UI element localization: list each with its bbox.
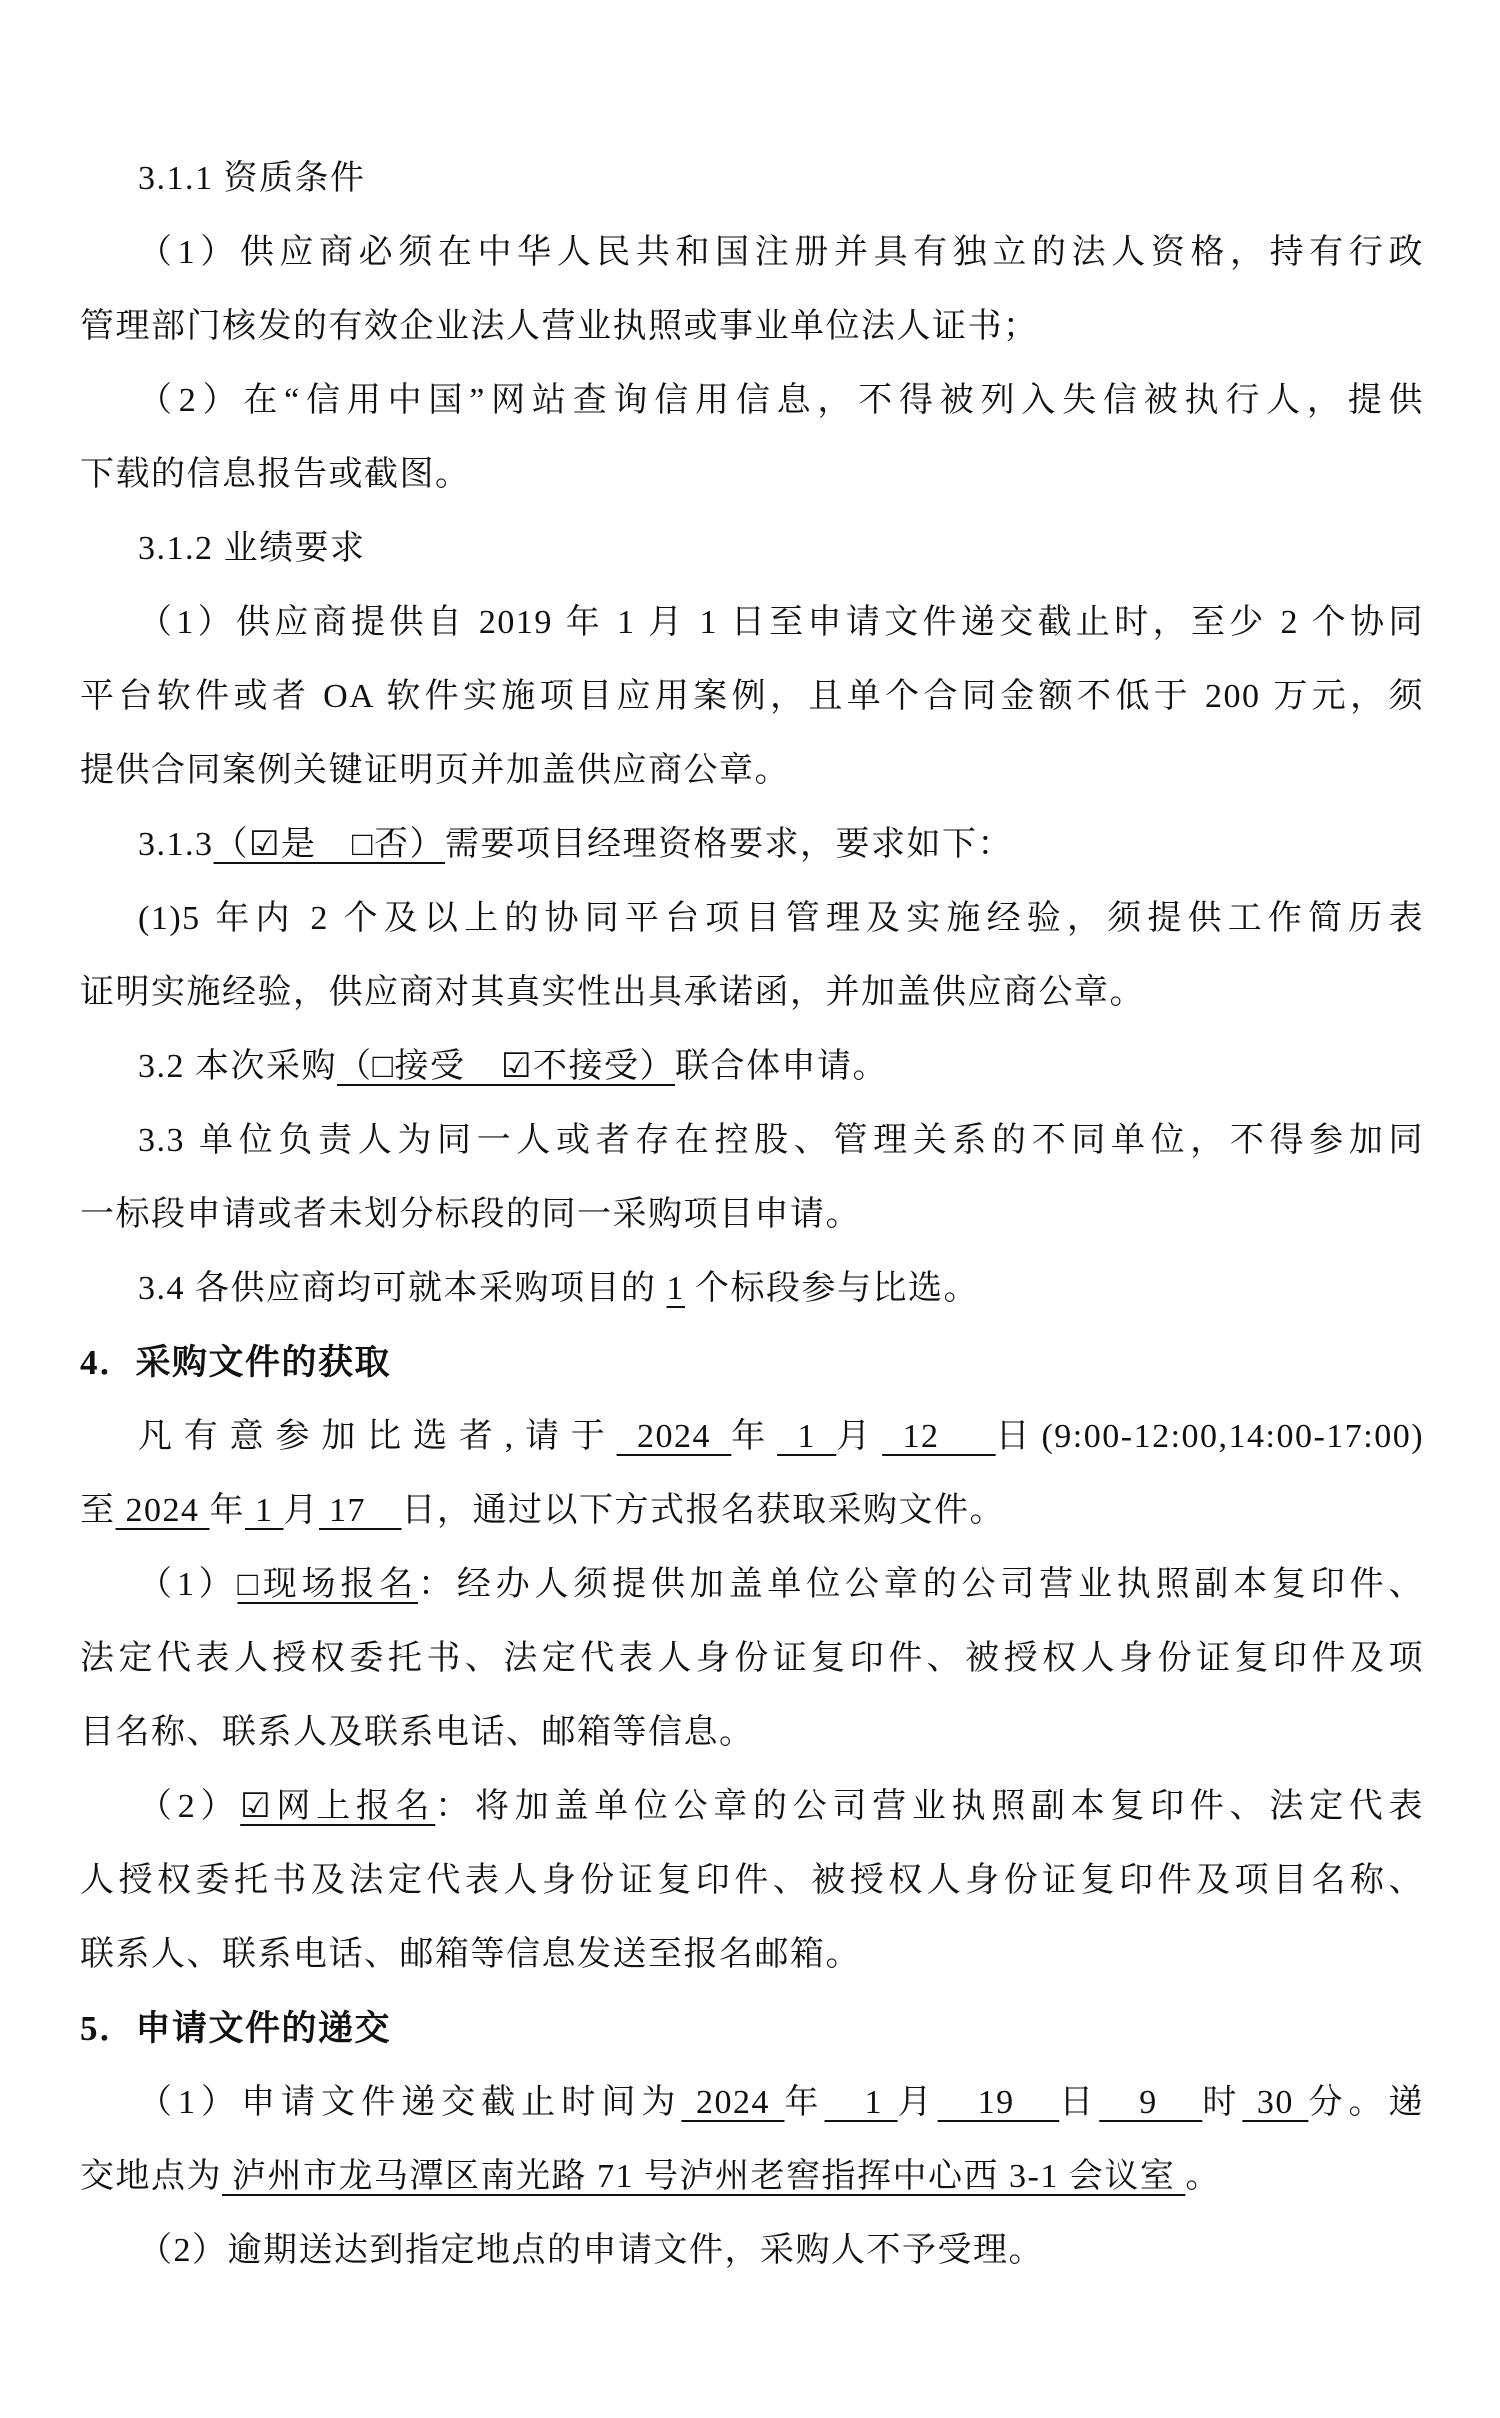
blank-month-run: 1 bbox=[825, 2084, 898, 2121]
document-body: 3.1.1 资质条件 （1）供应商必须在中华人民共和国注册并具有独立的法人资格，… bbox=[80, 142, 1424, 2288]
text-run: 联系人、联系电话、邮箱等信息发送至报名邮箱。 bbox=[80, 1936, 861, 1973]
text-run: 年 bbox=[731, 1418, 777, 1455]
text-run: 3.2 本次采购 bbox=[138, 1048, 337, 1085]
blank-day-run: 17 bbox=[319, 1492, 402, 1529]
checkbox-accept-run: （□接受 ☑不接受） bbox=[337, 1048, 675, 1085]
text-run: 证明实施经验，供应商对其真实性出具承诺函，并加盖供应商公章。 bbox=[80, 974, 1145, 1011]
line-3-3-same-person-1: 3.3 单位负责人为同一人或者存在控股、管理关系的不同单位，不得参加同 bbox=[80, 1104, 1424, 1178]
text-run: 3.4 各供应商均可就本采购项目的 bbox=[138, 1270, 667, 1307]
blank-day-run: 12 bbox=[882, 1418, 996, 1455]
text-run: 法定代表人授权委托书、法定代表人身份证复印件、被授权人身份证复印件及项 bbox=[80, 1640, 1424, 1677]
line-onsite-registration-2: 法定代表人授权委托书、法定代表人身份证复印件、被授权人身份证复印件及项 bbox=[80, 1622, 1424, 1696]
text-run: ：经办人须提供加盖单位公章的公司营业执照副本复印件、 bbox=[418, 1566, 1424, 1603]
text-run: 年 bbox=[785, 2084, 825, 2121]
text-run: 凡有意参加比选者,请于 bbox=[138, 1418, 617, 1455]
text-run: 平台软件或者 OA 软件实施项目应用案例，且单个合同金额不低于 200 万元，须 bbox=[80, 678, 1424, 715]
heading-3-1-2: 3.1.2 业绩要求 bbox=[80, 512, 1424, 586]
line-credit-china-2: 下载的信息报告或截图。 bbox=[80, 438, 1424, 512]
text-run: 分。递 bbox=[1308, 2084, 1424, 2121]
text-run: 下载的信息报告或截图。 bbox=[80, 456, 471, 493]
text-run: 月 bbox=[284, 1492, 320, 1529]
document-page: 3.1.1 资质条件 （1）供应商必须在中华人民共和国注册并具有独立的法人资格，… bbox=[0, 0, 1500, 2418]
text-run: 日，通过以下方式报名获取采购文件。 bbox=[402, 1492, 1006, 1529]
text-run: （1） bbox=[138, 1566, 237, 1603]
text-run: 4．采购文件的获取 bbox=[80, 1343, 391, 1382]
text-run: 一标段申请或者未划分标段的同一采购项目申请。 bbox=[80, 1196, 861, 1233]
section-count-run: 1 bbox=[667, 1270, 686, 1307]
text-run: 年 bbox=[210, 1492, 246, 1529]
blank-minute-run: 30 bbox=[1242, 2084, 1308, 2121]
text-run: 日(9:00-12:00,14:00-17:00) bbox=[996, 1418, 1424, 1455]
line-supplier-registration-1: （1）供应商必须在中华人民共和国注册并具有独立的法人资格，持有行政 bbox=[80, 216, 1424, 290]
blank-year-run: 2024 bbox=[617, 1418, 732, 1455]
text-run: (1)5 年内 2 个及以上的协同平台项目管理及实施经验，须提供工作简历表 bbox=[138, 900, 1424, 937]
line-3-2-consortium: 3.2 本次采购（□接受 ☑不接受）联合体申请。 bbox=[80, 1030, 1424, 1104]
line-doc-obtain-time-1: 凡有意参加比选者,请于 2024 年 1 月 12 日(9:00-12:00,1… bbox=[80, 1400, 1424, 1474]
line-online-registration-3: 联系人、联系电话、邮箱等信息发送至报名邮箱。 bbox=[80, 1918, 1424, 1992]
text-run: 人授权委托书及法定代表人身份证复印件、被授权人身份证复印件及项目名称、 bbox=[80, 1862, 1424, 1899]
heading-4-document-obtaining: 4．采购文件的获取 bbox=[80, 1326, 1424, 1400]
line-supplier-registration-2: 管理部门核发的有效企业法人营业执照或事业单位法人证书； bbox=[80, 290, 1424, 364]
text-run: （1）申请文件递交截止时间为 bbox=[138, 2084, 681, 2121]
text-run: 3.1.1 资质条件 bbox=[138, 160, 366, 197]
text-run: 时 bbox=[1202, 2084, 1242, 2121]
line-online-registration-2: 人授权委托书及法定代表人身份证复印件、被授权人身份证复印件及项目名称、 bbox=[80, 1844, 1424, 1918]
text-run: （2）逾期送达到指定地点的申请文件，采购人不予受理。 bbox=[138, 2232, 1044, 2269]
heading-3-1-1: 3.1.1 资质条件 bbox=[80, 142, 1424, 216]
text-run: 联合体申请。 bbox=[675, 1048, 888, 1085]
line-onsite-registration-1: （1）□现场报名：经办人须提供加盖单位公章的公司营业执照副本复印件、 bbox=[80, 1548, 1424, 1622]
blank-year-run: 2024 bbox=[681, 2084, 784, 2121]
text-run: 管理部门核发的有效企业法人营业执照或事业单位法人证书； bbox=[80, 308, 1039, 345]
text-run: 5．申请文件的递交 bbox=[80, 2009, 391, 2048]
blank-hour-run: 9 bbox=[1099, 2084, 1202, 2121]
text-run: 交地点为 bbox=[80, 2158, 222, 2195]
text-run: 目名称、联系人及联系电话、邮箱等信息。 bbox=[80, 1714, 755, 1751]
line-doc-obtain-time-2: 至 2024 年 1 月 17 日，通过以下方式报名获取采购文件。 bbox=[80, 1474, 1424, 1548]
line-3-4-sections: 3.4 各供应商均可就本采购项目的 1 个标段参与比选。 bbox=[80, 1252, 1424, 1326]
checkbox-onsite-run: □现场报名 bbox=[237, 1566, 418, 1603]
submission-address-run: 泸州市龙马潭区南光路 71 号泸州老窖指挥中心西 3-1 会议室 bbox=[222, 2158, 1185, 2195]
text-run: 个标段参与比选。 bbox=[685, 1270, 979, 1307]
line-onsite-registration-3: 目名称、联系人及联系电话、邮箱等信息。 bbox=[80, 1696, 1424, 1770]
text-run: 3.1.2 业绩要求 bbox=[138, 530, 366, 567]
line-pm-experience-2: 证明实施经验，供应商对其真实性出具承诺函，并加盖供应商公章。 bbox=[80, 956, 1424, 1030]
text-run: 3.3 单位负责人为同一人或者存在控股、管理关系的不同单位，不得参加同 bbox=[138, 1122, 1424, 1159]
line-submission-deadline-1: （1）申请文件递交截止时间为 2024 年 1 月 19 日 9 时 30 分。… bbox=[80, 2066, 1424, 2140]
line-pm-experience-1: (1)5 年内 2 个及以上的协同平台项目管理及实施经验，须提供工作简历表 bbox=[80, 882, 1424, 956]
blank-month-run: 1 bbox=[245, 1492, 284, 1529]
text-run: 月 bbox=[898, 2084, 938, 2121]
blank-year-run: 2024 bbox=[116, 1492, 210, 1529]
text-run: 提供合同案例关键证明页并加盖供应商公章。 bbox=[80, 752, 790, 789]
text-run: 至 bbox=[80, 1492, 116, 1529]
text-run: 3.1.3 bbox=[138, 826, 214, 863]
line-performance-3: 提供合同案例关键证明页并加盖供应商公章。 bbox=[80, 734, 1424, 808]
line-3-1-3-pm-requirement: 3.1.3（☑是 □否）需要项目经理资格要求，要求如下： bbox=[80, 808, 1424, 882]
line-3-3-same-person-2: 一标段申请或者未划分标段的同一采购项目申请。 bbox=[80, 1178, 1424, 1252]
text-run: 日 bbox=[1059, 2084, 1099, 2121]
blank-month-run: 1 bbox=[777, 1418, 836, 1455]
line-performance-1: （1）供应商提供自 2019 年 1 月 1 日至申请文件递交截止时，至少 2 … bbox=[80, 586, 1424, 660]
text-run: 月 bbox=[836, 1418, 882, 1455]
blank-day-run: 19 bbox=[938, 2084, 1060, 2121]
text-run: （1）供应商提供自 2019 年 1 月 1 日至申请文件递交截止时，至少 2 … bbox=[138, 604, 1424, 641]
line-submission-deadline-2: 交地点为 泸州市龙马潭区南光路 71 号泸州老窖指挥中心西 3-1 会议室 。 bbox=[80, 2140, 1424, 2214]
checkbox-yes-no-run: （☑是 □否） bbox=[214, 826, 446, 863]
text-run: （1）供应商必须在中华人民共和国注册并具有独立的法人资格，持有行政 bbox=[138, 234, 1424, 271]
text-run: （2） bbox=[138, 1788, 240, 1825]
line-overdue: （2）逾期送达到指定地点的申请文件，采购人不予受理。 bbox=[80, 2214, 1424, 2288]
checkbox-online-run: ☑网上报名 bbox=[240, 1788, 435, 1825]
line-online-registration-1: （2）☑网上报名：将加盖单位公章的公司营业执照副本复印件、法定代表 bbox=[80, 1770, 1424, 1844]
line-performance-2: 平台软件或者 OA 软件实施项目应用案例，且单个合同金额不低于 200 万元，须 bbox=[80, 660, 1424, 734]
line-credit-china-1: （2）在“信用中国”网站查询信用信息，不得被列入失信被执行人，提供 bbox=[80, 364, 1424, 438]
text-run: 。 bbox=[1185, 2158, 1221, 2195]
heading-5-document-submission: 5．申请文件的递交 bbox=[80, 1992, 1424, 2066]
text-run: （2）在“信用中国”网站查询信用信息，不得被列入失信被执行人，提供 bbox=[138, 382, 1424, 419]
text-run: ：将加盖单位公章的公司营业执照副本复印件、法定代表 bbox=[435, 1788, 1424, 1825]
text-run: 需要项目经理资格要求，要求如下： bbox=[445, 826, 1013, 863]
